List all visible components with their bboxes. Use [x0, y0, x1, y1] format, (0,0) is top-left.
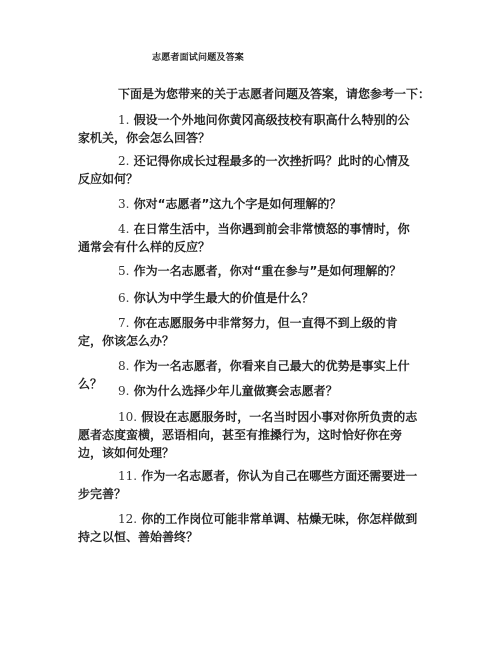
- document-page: 志愿者面试问题及答案 下面是为您带来的关于志愿者问题及答案，请您参考一下： 1.…: [0, 0, 500, 647]
- question-2: 2. 还记得你成长过程最多的一次挫折吗？此时的心情及反应如何？: [78, 152, 418, 188]
- document-title: 志愿者面试问题及答案: [152, 50, 244, 63]
- question-text: 作为一名志愿者，你对“重在参与”是如何理解的？: [129, 264, 401, 278]
- question-number: 1.: [118, 113, 129, 127]
- question-6: 6. 你认为中学生最大的价值是什么？: [78, 289, 418, 307]
- question-11: 11. 作为一名志愿者，你认为自己在哪些方面还需要进一步完善？: [78, 467, 418, 503]
- question-text: 你对“志愿者”这九个字是如何理解的？: [129, 197, 341, 211]
- question-9: 9. 你为什么选择少年儿童做赛会志愿者？: [78, 382, 418, 400]
- question-number: 7.: [118, 316, 129, 330]
- question-number: 5.: [118, 264, 129, 278]
- question-text: 你为什么选择少年儿童做赛会志愿者？: [129, 384, 337, 398]
- question-number: 4.: [118, 222, 129, 236]
- question-5: 5. 作为一名志愿者，你对“重在参与”是如何理解的？: [78, 262, 418, 280]
- question-text: 你认为中学生最大的价值是什么？: [129, 291, 313, 305]
- question-1: 1. 假设一个外地问你黄冈高级技校有职高什么特别的公家机关，你会怎么回答？: [78, 111, 418, 147]
- question-3: 3. 你对“志愿者”这九个字是如何理解的？: [78, 195, 418, 213]
- question-number: 9.: [118, 384, 129, 398]
- question-4: 4. 在日常生活中，当你遇到前会非常愤怒的事情时，你通常会有什么样的反应？: [78, 220, 418, 256]
- question-number: 3.: [118, 197, 129, 211]
- question-12: 12. 你的工作岗位可能非常单调、枯燥无味，你怎样做到持之以恒、善始善终？: [78, 510, 418, 546]
- question-number: 12.: [118, 512, 137, 526]
- question-number: 10.: [118, 410, 137, 424]
- question-number: 11.: [118, 469, 137, 483]
- question-10: 10. 假设在志愿服务时，一名当时因小事对你所负责的志愿者态度蛮横，恶语相向，甚…: [78, 408, 418, 462]
- question-7: 7. 你在志愿服务中非常努力，但一直得不到上级的肯定，你该怎么办？: [78, 314, 418, 350]
- question-number: 2.: [118, 154, 129, 168]
- question-number: 8.: [118, 359, 129, 373]
- intro-paragraph: 下面是为您带来的关于志愿者问题及答案，请您参考一下：: [118, 85, 418, 102]
- question-number: 6.: [118, 291, 129, 305]
